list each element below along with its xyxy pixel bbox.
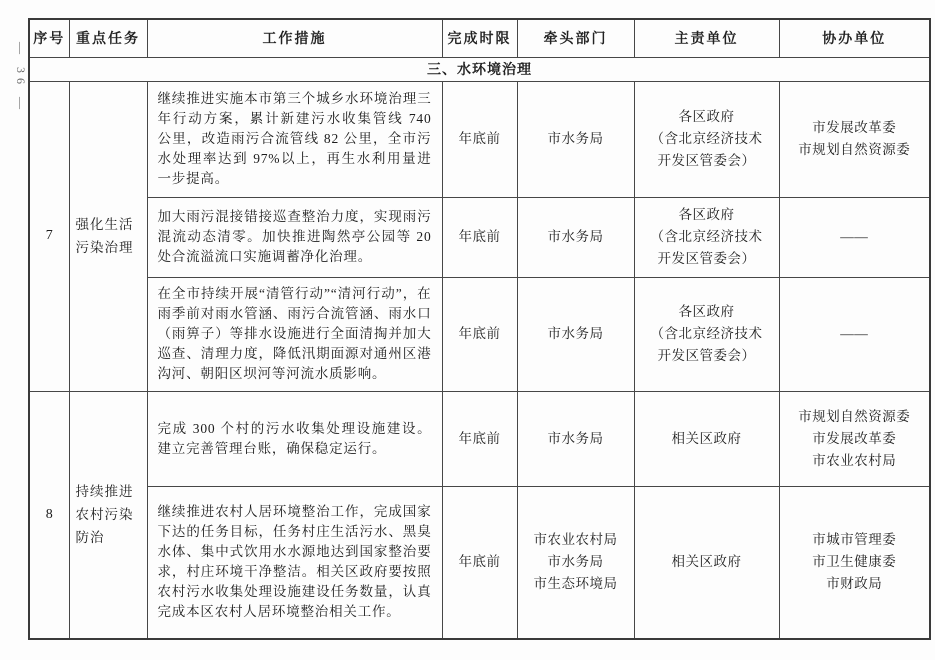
- table-row: 继续推进农村人居环境整治工作，完成国家下达的任务目标，任务村庄生活污水、黑臭水体…: [29, 486, 930, 639]
- lead-dept: 市水务局: [517, 277, 634, 391]
- header-deadline: 完成时限: [442, 19, 517, 57]
- lead-dept: 市水务局: [517, 81, 634, 197]
- table-row: 8 持续推进农村污染防治 完成 300 个村的污水收集处理设施建设。建立完善管理…: [29, 391, 930, 486]
- header-no: 序号: [29, 19, 69, 57]
- header-responsible: 主责单位: [634, 19, 779, 57]
- measure-text: 继续推进实施本市第三个城乡水环境治理三年行动方案，累计新建污水收集管线 740 …: [147, 81, 442, 197]
- header-co: 协办单位: [779, 19, 930, 57]
- page-number: — 36 —: [12, 30, 28, 126]
- lead-dept: 市水务局: [517, 391, 634, 486]
- task-name: 强化生活污染治理: [69, 81, 147, 391]
- section-title: 三、水环境治理: [29, 57, 930, 81]
- document-page: — 36 — 序号 重点任务 工作措施 完成时限 牵头部门 主责单位 协办单位 …: [0, 0, 935, 660]
- responsible-unit: 相关区政府: [634, 391, 779, 486]
- header-measure: 工作措施: [147, 19, 442, 57]
- co-unit: 市规划自然资源委 市发展改革委 市农业农村局: [779, 391, 930, 486]
- work-measures-table: 序号 重点任务 工作措施 完成时限 牵头部门 主责单位 协办单位 三、水环境治理…: [28, 18, 931, 640]
- co-unit: 市发展改革委 市规划自然资源委: [779, 81, 930, 197]
- deadline: 年底前: [442, 277, 517, 391]
- responsible-unit: 相关区政府: [634, 486, 779, 639]
- task-no: 8: [29, 391, 69, 639]
- co-unit: ——: [779, 197, 930, 277]
- table-header-row: 序号 重点任务 工作措施 完成时限 牵头部门 主责单位 协办单位: [29, 19, 930, 57]
- responsible-unit: 各区政府 （含北京经济技术 开发区管委会）: [634, 277, 779, 391]
- lead-dept: 市农业农村局 市水务局 市生态环境局: [517, 486, 634, 639]
- co-unit: ——: [779, 277, 930, 391]
- measure-text: 在全市持续开展“清管行动”“清河行动”，在雨季前对雨水管涵、雨污合流管涵、雨水口…: [147, 277, 442, 391]
- deadline: 年底前: [442, 197, 517, 277]
- deadline: 年底前: [442, 81, 517, 197]
- section-row: 三、水环境治理: [29, 57, 930, 81]
- task-no: 7: [29, 81, 69, 391]
- responsible-unit: 各区政府 （含北京经济技术 开发区管委会）: [634, 81, 779, 197]
- lead-dept: 市水务局: [517, 197, 634, 277]
- table-row: 在全市持续开展“清管行动”“清河行动”，在雨季前对雨水管涵、雨污合流管涵、雨水口…: [29, 277, 930, 391]
- deadline: 年底前: [442, 391, 517, 486]
- table-row: 加大雨污混接错接巡查整治力度，实现雨污混流动态清零。加快推进陶然亭公园等 20 …: [29, 197, 930, 277]
- header-lead: 牵头部门: [517, 19, 634, 57]
- measure-text: 继续推进农村人居环境整治工作，完成国家下达的任务目标，任务村庄生活污水、黑臭水体…: [147, 486, 442, 639]
- task-name: 持续推进农村污染防治: [69, 391, 147, 639]
- header-task: 重点任务: [69, 19, 147, 57]
- table-row: 7 强化生活污染治理 继续推进实施本市第三个城乡水环境治理三年行动方案，累计新建…: [29, 81, 930, 197]
- deadline: 年底前: [442, 486, 517, 639]
- co-unit: 市城市管理委 市卫生健康委 市财政局: [779, 486, 930, 639]
- measure-text: 完成 300 个村的污水收集处理设施建设。建立完善管理台账，确保稳定运行。: [147, 391, 442, 486]
- measure-text: 加大雨污混接错接巡查整治力度，实现雨污混流动态清零。加快推进陶然亭公园等 20 …: [147, 197, 442, 277]
- responsible-unit: 各区政府 （含北京经济技术 开发区管委会）: [634, 197, 779, 277]
